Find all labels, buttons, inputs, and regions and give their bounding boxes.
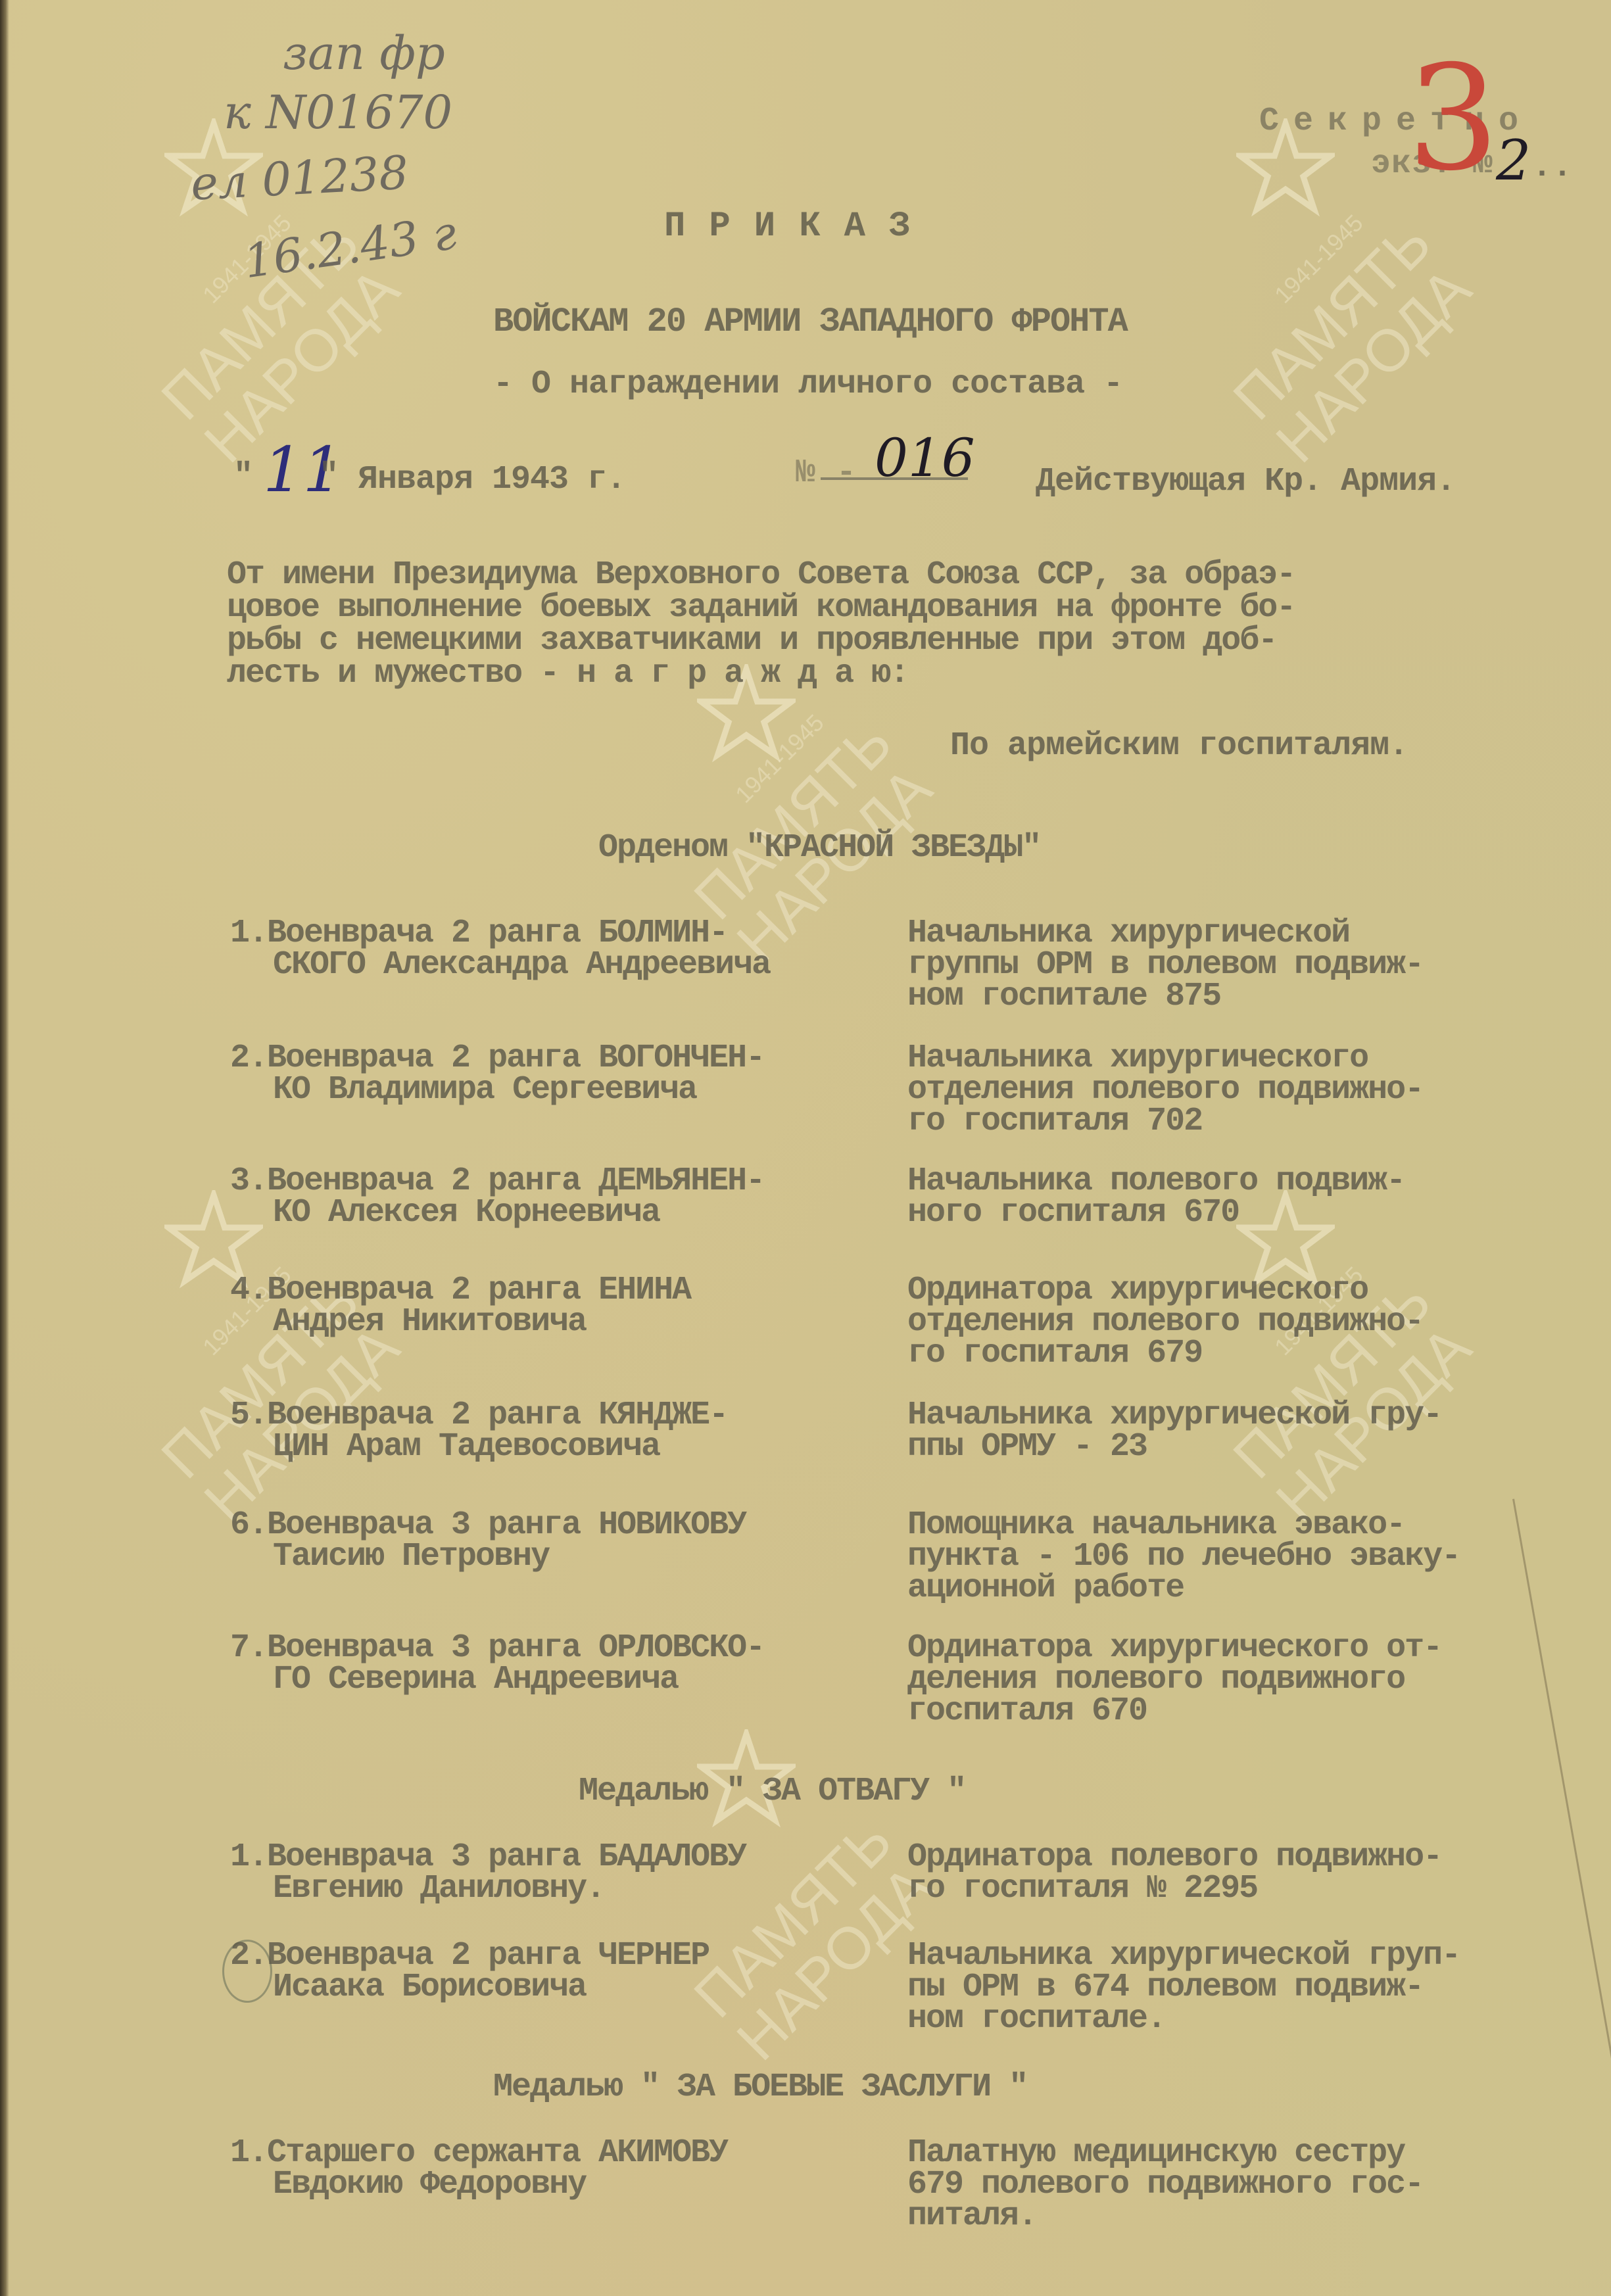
copy-number: 2: [1496, 128, 1531, 193]
copy-suffix: ..: [1532, 151, 1573, 184]
order-month-year: Января 1943 г.: [358, 464, 625, 496]
document-subtitle: ВОЙСКАМ 20 АРМИИ ЗАПАДНОГО ФРОНТА: [493, 306, 1127, 339]
preamble-line: От имени Президиума Верховного Совета Со…: [227, 559, 1295, 592]
document-topic: - О награждении личного состава -: [493, 368, 1122, 401]
red-pencil-mark: 3: [1407, 46, 1499, 191]
preamble-line: цовое выполнение боевых заданий командов…: [227, 592, 1295, 625]
order-number-label: № -: [796, 457, 857, 490]
scan-edge: [0, 0, 9, 2296]
document-title: ПРИКАЗ: [664, 210, 934, 243]
section-heading-red-star: Орденом "КРАСНОЙ ЗВЕЗДЫ": [598, 832, 1040, 865]
section-heading-combat-merit: Медалью " ЗА БОЕВЫЕ ЗАСЛУГИ ": [493, 2071, 1027, 2104]
pencil-annotation: к N01670: [224, 85, 452, 139]
paper-crease: [1512, 1498, 1611, 2082]
section-heading-for-courage: Медалью " ЗА ОТВАГУ ": [579, 1775, 965, 1808]
order-location: Действующая Кр. Армия.: [1036, 466, 1455, 498]
pencil-annotation: зап фр: [283, 26, 445, 80]
preamble-line: лесть и мужество - н а г р а ж д а ю:: [227, 658, 908, 690]
preamble-subheading: По армейским госпиталям.: [950, 730, 1408, 763]
watermark-years: 1941-1945: [730, 709, 829, 808]
pencil-annotation: ел 01238: [189, 145, 410, 210]
watermark-pamyat-naroda: ПАМЯТЬ НАРОДА: [1223, 212, 1485, 473]
preamble-line: рьбы с немецкими захватчиками и проявлен…: [227, 625, 1276, 658]
order-number-underline: [821, 477, 968, 480]
watermark-years: 1941-1945: [1269, 209, 1368, 308]
